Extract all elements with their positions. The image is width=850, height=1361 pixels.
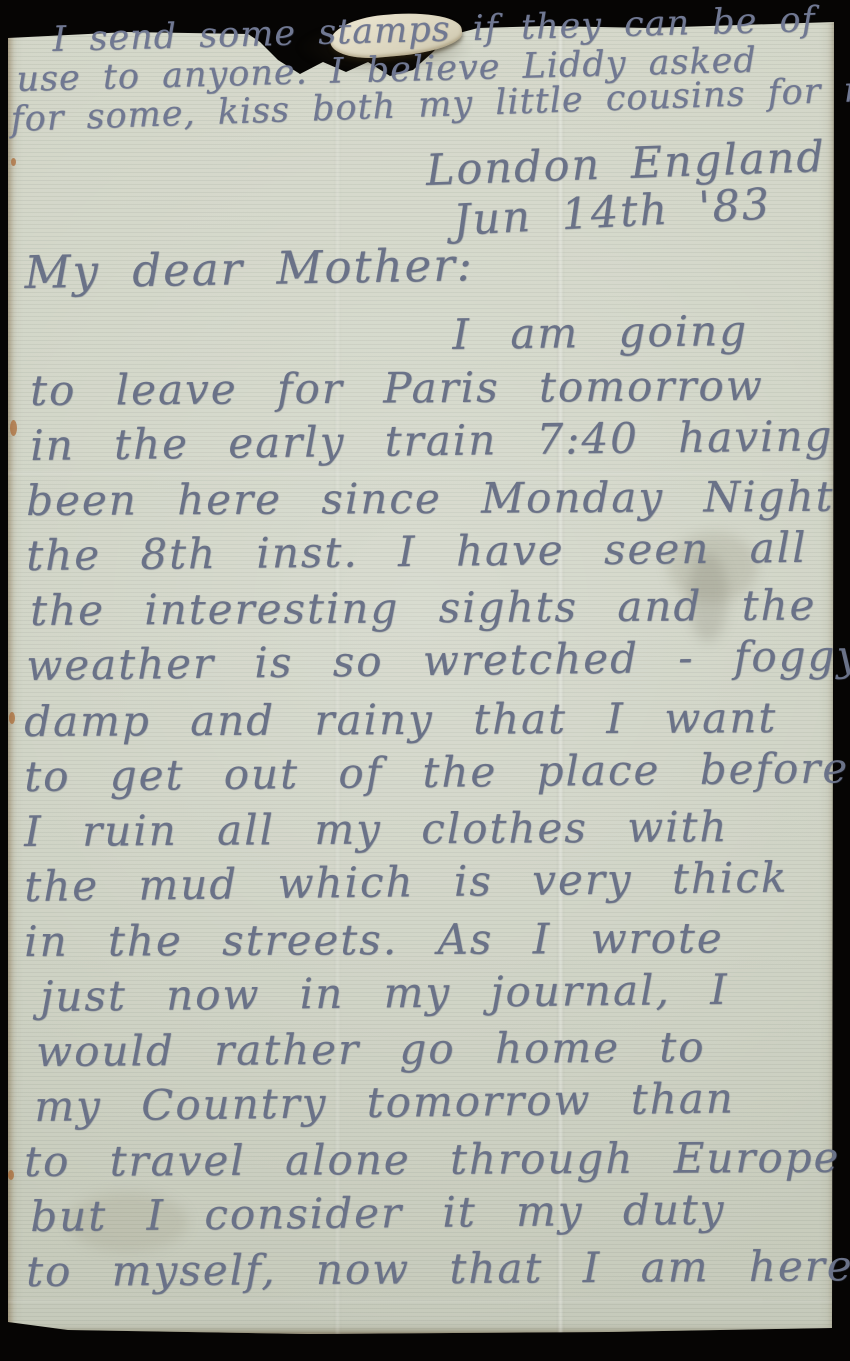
letter-line: would rather go home to: [36, 1022, 706, 1076]
letter-line: to travel alone through Europe: [24, 1133, 841, 1186]
letter-line: just now in my journal, I: [40, 965, 729, 1021]
letter-line: I ruin all my clothes with: [24, 802, 729, 856]
letter-line: I am going: [452, 306, 748, 359]
letter-line: to leave for Paris tomorrow: [30, 361, 764, 415]
letter-text-layer: I send some stamps if they can be of use…: [0, 0, 850, 1361]
letter-line: to get out of the place before: [24, 743, 849, 801]
letter-line: the mud which is very thick: [24, 853, 789, 911]
letter-salutation: My dear Mother:: [24, 238, 474, 299]
letter-line: in the early train 7:40 having: [30, 411, 834, 470]
letter-line: damp and rainy that I want: [24, 693, 777, 746]
letter-line: been here since Monday Night: [26, 472, 835, 525]
letter-line: to myself, now that I am here: [26, 1241, 850, 1296]
letter-line: but I consider it my duty: [30, 1185, 726, 1241]
letter-line: the interesting sights and the: [30, 581, 817, 635]
letter-line: in the streets. As I wrote: [24, 913, 724, 966]
letter-line: my Country tomorrow than: [34, 1073, 735, 1131]
letter-line: weather is so wretched - foggy,: [26, 631, 850, 690]
letter-line: the 8th inst. I have seen all: [26, 523, 808, 580]
photo-background: I send some stamps if they can be of use…: [0, 0, 850, 1361]
